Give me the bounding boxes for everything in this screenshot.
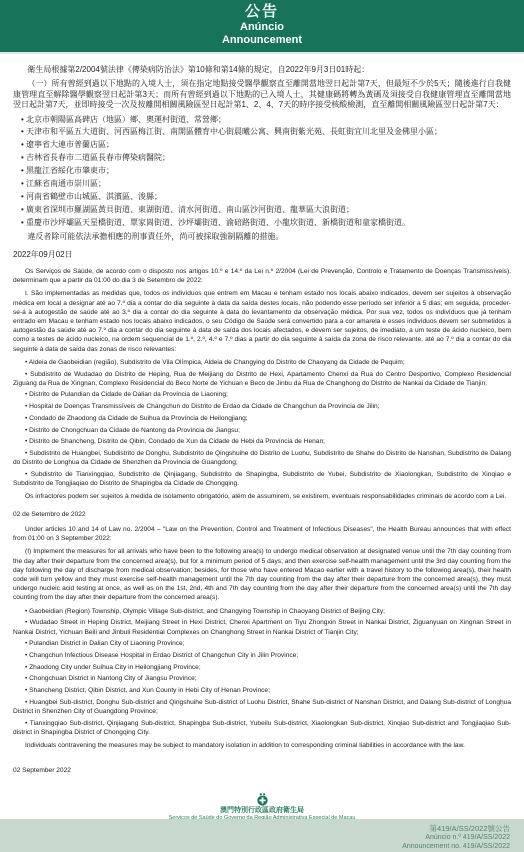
list-item-text: Huangbei Sub-district, Donghu Sub-distri… — [13, 699, 511, 715]
list-item: • Shancheng District, Qibin District, an… — [13, 686, 511, 695]
list-item: • 廣東省深圳市羅湖區黃貝街道、東湖街道、清水河街道、南山區沙河街道、龍華區大浪… — [13, 205, 511, 215]
list-item-text: Zhaodong City under Suihua City in Heilo… — [29, 664, 201, 671]
pt-paragraph-1: I. São implementadas as medidas que, tod… — [13, 289, 511, 354]
list-item: • 江蘇省南通市崇川區； — [13, 179, 511, 189]
list-item-text: 天津市和平區五大道街、河西區梅江街、南開區體育中心街晨曦公寓、興南街紫光苑、長虹… — [26, 127, 442, 136]
list-item-text: Subdistrito de Huangbei, Subdistrito de … — [13, 450, 511, 466]
list-item-text: Gaobeidian (Region) Township, Olympic Vi… — [29, 608, 385, 615]
reference-strip: 第419/A/SS/2022號公告 Anúncio n.º 419/A/SS/2… — [0, 819, 524, 852]
document-body: 衛生局根據第2/2004號法律《傳染病防治法》第10條和第14條的規定，自202… — [0, 54, 524, 776]
list-item: • 天津市和平區五大道街、河西區梅江街、南開區體育中心街晨曦公寓、興南街紫光苑、… — [13, 127, 511, 137]
section-english: Under articles 10 and 14 of Law no. 2/20… — [13, 525, 511, 776]
list-item: • Distrito de Chongchuan da Cidade de Na… — [13, 426, 511, 435]
list-item-text: Subdistrito de Tianxingqiao, Subdistrito… — [13, 471, 511, 487]
list-item-text: Aldeia de Gaobeidian (região), Subdistri… — [29, 359, 405, 366]
macau-health-bureau-logo-icon — [256, 793, 269, 806]
list-item: • 遼寧省大連市普蘭店區； — [13, 140, 511, 150]
en-closing: Individuals contravening the measures ma… — [13, 741, 511, 750]
list-item: • Aldeia de Gaobeidian (região), Subdist… — [13, 358, 511, 367]
list-item: • Distrito de Pulandian da Cidade de Dal… — [13, 390, 511, 399]
list-item: • Zhaodong City under Suihua City in Hei… — [13, 663, 511, 672]
list-item-text: 河南省鶴壁市山城區、淇濱區、浚縣； — [26, 192, 162, 201]
list-item-text: Distrito de Pulandian da Cidade de Dalia… — [29, 391, 228, 398]
list-item: • 黑龍江省綏化市肇東市； — [13, 166, 511, 176]
reference-number-en: Announcement no. 419/A/SS/2022 — [0, 842, 510, 851]
list-item-text: 黑龍江省綏化市肇東市； — [26, 166, 114, 175]
list-item: • Distrito de Shancheng, Distrito de Qib… — [13, 437, 511, 446]
announcement-page: 公告 Anúncio Announcement 衛生局根據第2/2004號法律《… — [0, 0, 524, 852]
list-item-text: Shancheng District, Qibin District, and … — [29, 687, 270, 694]
list-item: • Subdistrito de Tianxingqiao, Subdistri… — [13, 470, 511, 488]
pt-closing: Os infractores podem ser sujeitos à medi… — [13, 492, 511, 501]
en-intro: Under articles 10 and 14 of Law no. 2/20… — [13, 525, 511, 543]
title-pt: Anúncio — [0, 21, 524, 34]
list-item-text: Distrito de Chongchuan da Cidade de Nant… — [29, 427, 240, 434]
title-en: Announcement — [0, 34, 524, 47]
zh-intro: 衛生局根據第2/2004號法律《傳染病防治法》第10條和第14條的規定，自202… — [13, 65, 511, 75]
list-item-text: 重慶市沙坪壩區天星橋街道、覃家崗街道、沙坪壩街道、渝碚路街道、小龍坎街道、新橋街… — [26, 218, 410, 227]
section-chinese: 衛生局根據第2/2004號法律《傳染病防治法》第10條和第14條的規定，自202… — [13, 65, 511, 261]
list-item: • Chongchuan District in Nantong City of… — [13, 674, 511, 683]
list-item-text: 江蘇省南通市崇川區； — [26, 179, 106, 188]
zh-paragraph-1: （一）所有曾經到過以下地點的入境人士，須在指定地點接受醫學觀察直至離開當地翌日起… — [13, 79, 511, 110]
pt-date: 02 de Setembro de 2022 — [13, 510, 511, 519]
title-zh: 公告 — [0, 3, 524, 21]
list-item-text: Condado de Zhaodong da Cidade de Suihua … — [29, 415, 248, 422]
list-item-text: Wudadao Street in Heping District, Meiji… — [13, 619, 511, 635]
list-item-text: Changchun Infectious Disease Hospital in… — [29, 652, 298, 659]
en-paragraph-1: (I) Implement the measures for all arriv… — [13, 547, 511, 602]
bureau-name-zh: 澳門特別行政區政府衛生局 — [0, 807, 524, 815]
list-item: • 吉林省長春市二道區長春市傳染病醫院； — [13, 153, 511, 163]
list-item: • Condado de Zhaodong da Cidade de Suihu… — [13, 414, 511, 423]
pt-intro: Os Serviços de Saúde, de acordo com o di… — [13, 267, 511, 285]
list-item-text: Chongchuan District in Nantong City of J… — [29, 675, 197, 682]
list-item: • Changchun Infectious Disease Hospital … — [13, 651, 511, 660]
list-item-text: 北京市朝陽區高碑店（地區）鄉、奧運村街道、常營鄉； — [26, 115, 226, 124]
reference-number-zh: 第419/A/SS/2022號公告 — [0, 824, 510, 833]
list-item: • 重慶市沙坪壩區天星橋街道、覃家崗街道、沙坪壩街道、渝碚路街道、小龍坎街道、新… — [13, 218, 511, 228]
list-item-text: Subdistrito de Wudadao do Distrito de He… — [13, 371, 511, 387]
list-item: • Gaobeidian (Region) Township, Olympic … — [13, 607, 511, 616]
list-item-text: Distrito de Shancheng, Distrito de Qibin… — [29, 438, 325, 445]
pt-bullet-list: • Aldeia de Gaobeidian (região), Subdist… — [13, 358, 511, 489]
en-date: 02 September 2022 — [13, 766, 511, 775]
list-item-text: Hospital de Doenças Transmissíveis de Ch… — [29, 403, 379, 410]
header-banner: 公告 Anúncio Announcement — [0, 0, 524, 54]
zh-date: 2022年09月02日 — [13, 250, 511, 260]
list-item: • Pulandian District in Dalian City of L… — [13, 639, 511, 648]
list-item-text: 廣東省深圳市羅湖區黃貝街道、東湖街道、清水河街道、南山區沙河街道、龍華區大浪街道… — [26, 205, 354, 214]
list-item: • Hospital de Doenças Transmissíveis de … — [13, 402, 511, 411]
list-item-text: 遼寧省大連市普蘭店區； — [26, 140, 114, 149]
list-item: • 北京市朝陽區高碑店（地區）鄉、奧運村街道、常營鄉； — [13, 115, 511, 125]
en-bullet-list: • Gaobeidian (Region) Township, Olympic … — [13, 607, 511, 738]
list-item: • Wudadao Street in Heping District, Mei… — [13, 618, 511, 636]
section-portuguese: Os Serviços de Saúde, de acordo com o di… — [13, 267, 511, 519]
zh-bullet-list: • 北京市朝陽區高碑店（地區）鄉、奧運村街道、常營鄉；• 天津市和平區五大道街、… — [13, 115, 511, 229]
list-item: • Tianxingqiao Sub-district, Qinjiagang … — [13, 719, 511, 737]
list-item: • Subdistrito de Huangbei, Subdistrito d… — [13, 449, 511, 467]
reference-number-pt: Anúncio n.º 419/A/SS/2022 — [0, 833, 510, 842]
list-item: • 河南省鶴壁市山城區、淇濱區、浚縣； — [13, 192, 511, 202]
list-item-text: 吉林省長春市二道區長春市傳染病醫院； — [26, 153, 170, 162]
list-item: • Huangbei Sub-district, Donghu Sub-dist… — [13, 698, 511, 716]
list-item-text: Tianxingqiao Sub-district, Qinjiagang Su… — [13, 720, 511, 736]
list-item: • Subdistrito de Wudadao do Distrito de … — [13, 370, 511, 388]
zh-closing: 違反者除可能依法承擔相應的刑事責任外，尚可被採取強制隔離的措施。 — [13, 232, 511, 242]
footer-logo-block: 澳門特別行政區政府衛生局 Serviços de Saúde do Govern… — [0, 793, 524, 822]
list-item-text: Pulandian District in Dalian City of Lia… — [29, 640, 184, 647]
